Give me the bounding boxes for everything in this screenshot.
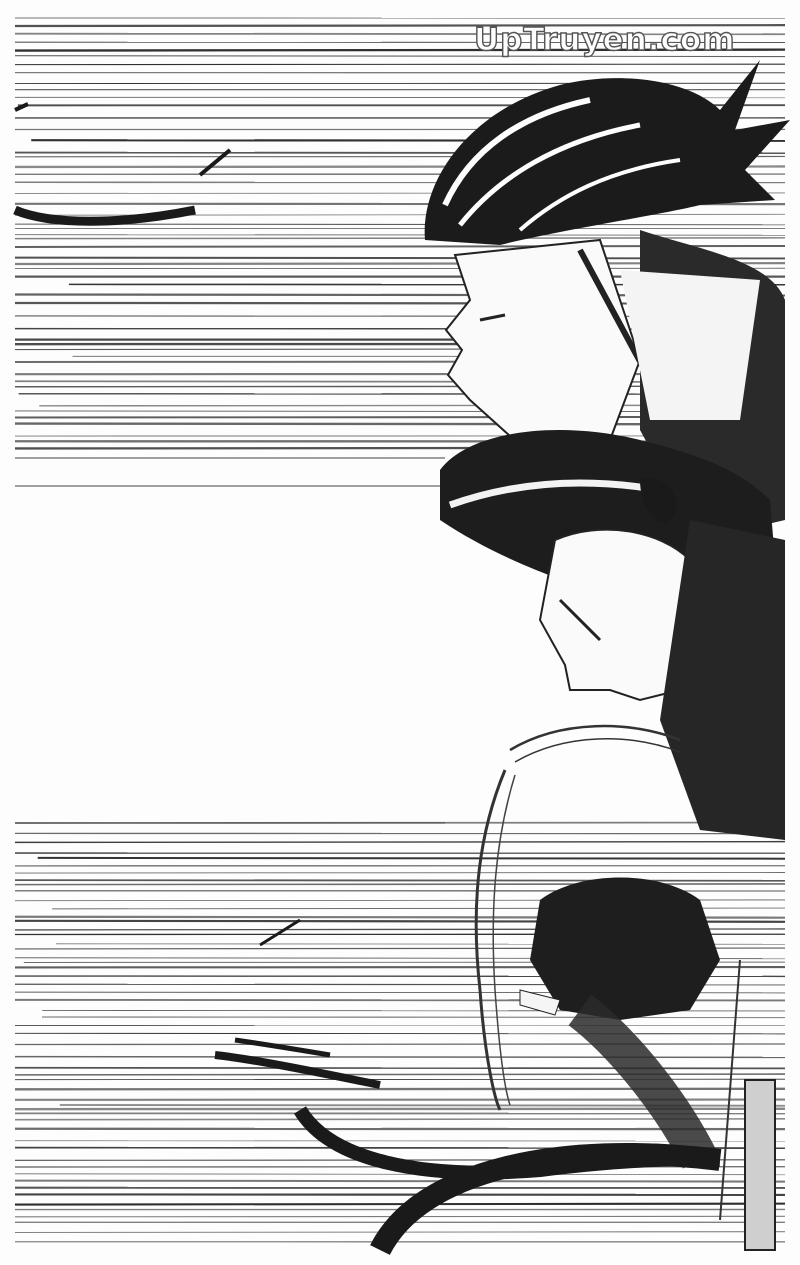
front-rider [440, 430, 785, 840]
gloved-hand [530, 878, 720, 1021]
fork-tube [745, 1080, 775, 1250]
manga-artwork [0, 0, 800, 1265]
motion-streaks [15, 104, 300, 945]
manga-page: UpTruyen.com [0, 0, 800, 1265]
handlebar-arc [510, 726, 680, 750]
rear-rider-face [446, 240, 640, 445]
watermark: UpTruyen.com [474, 22, 736, 58]
